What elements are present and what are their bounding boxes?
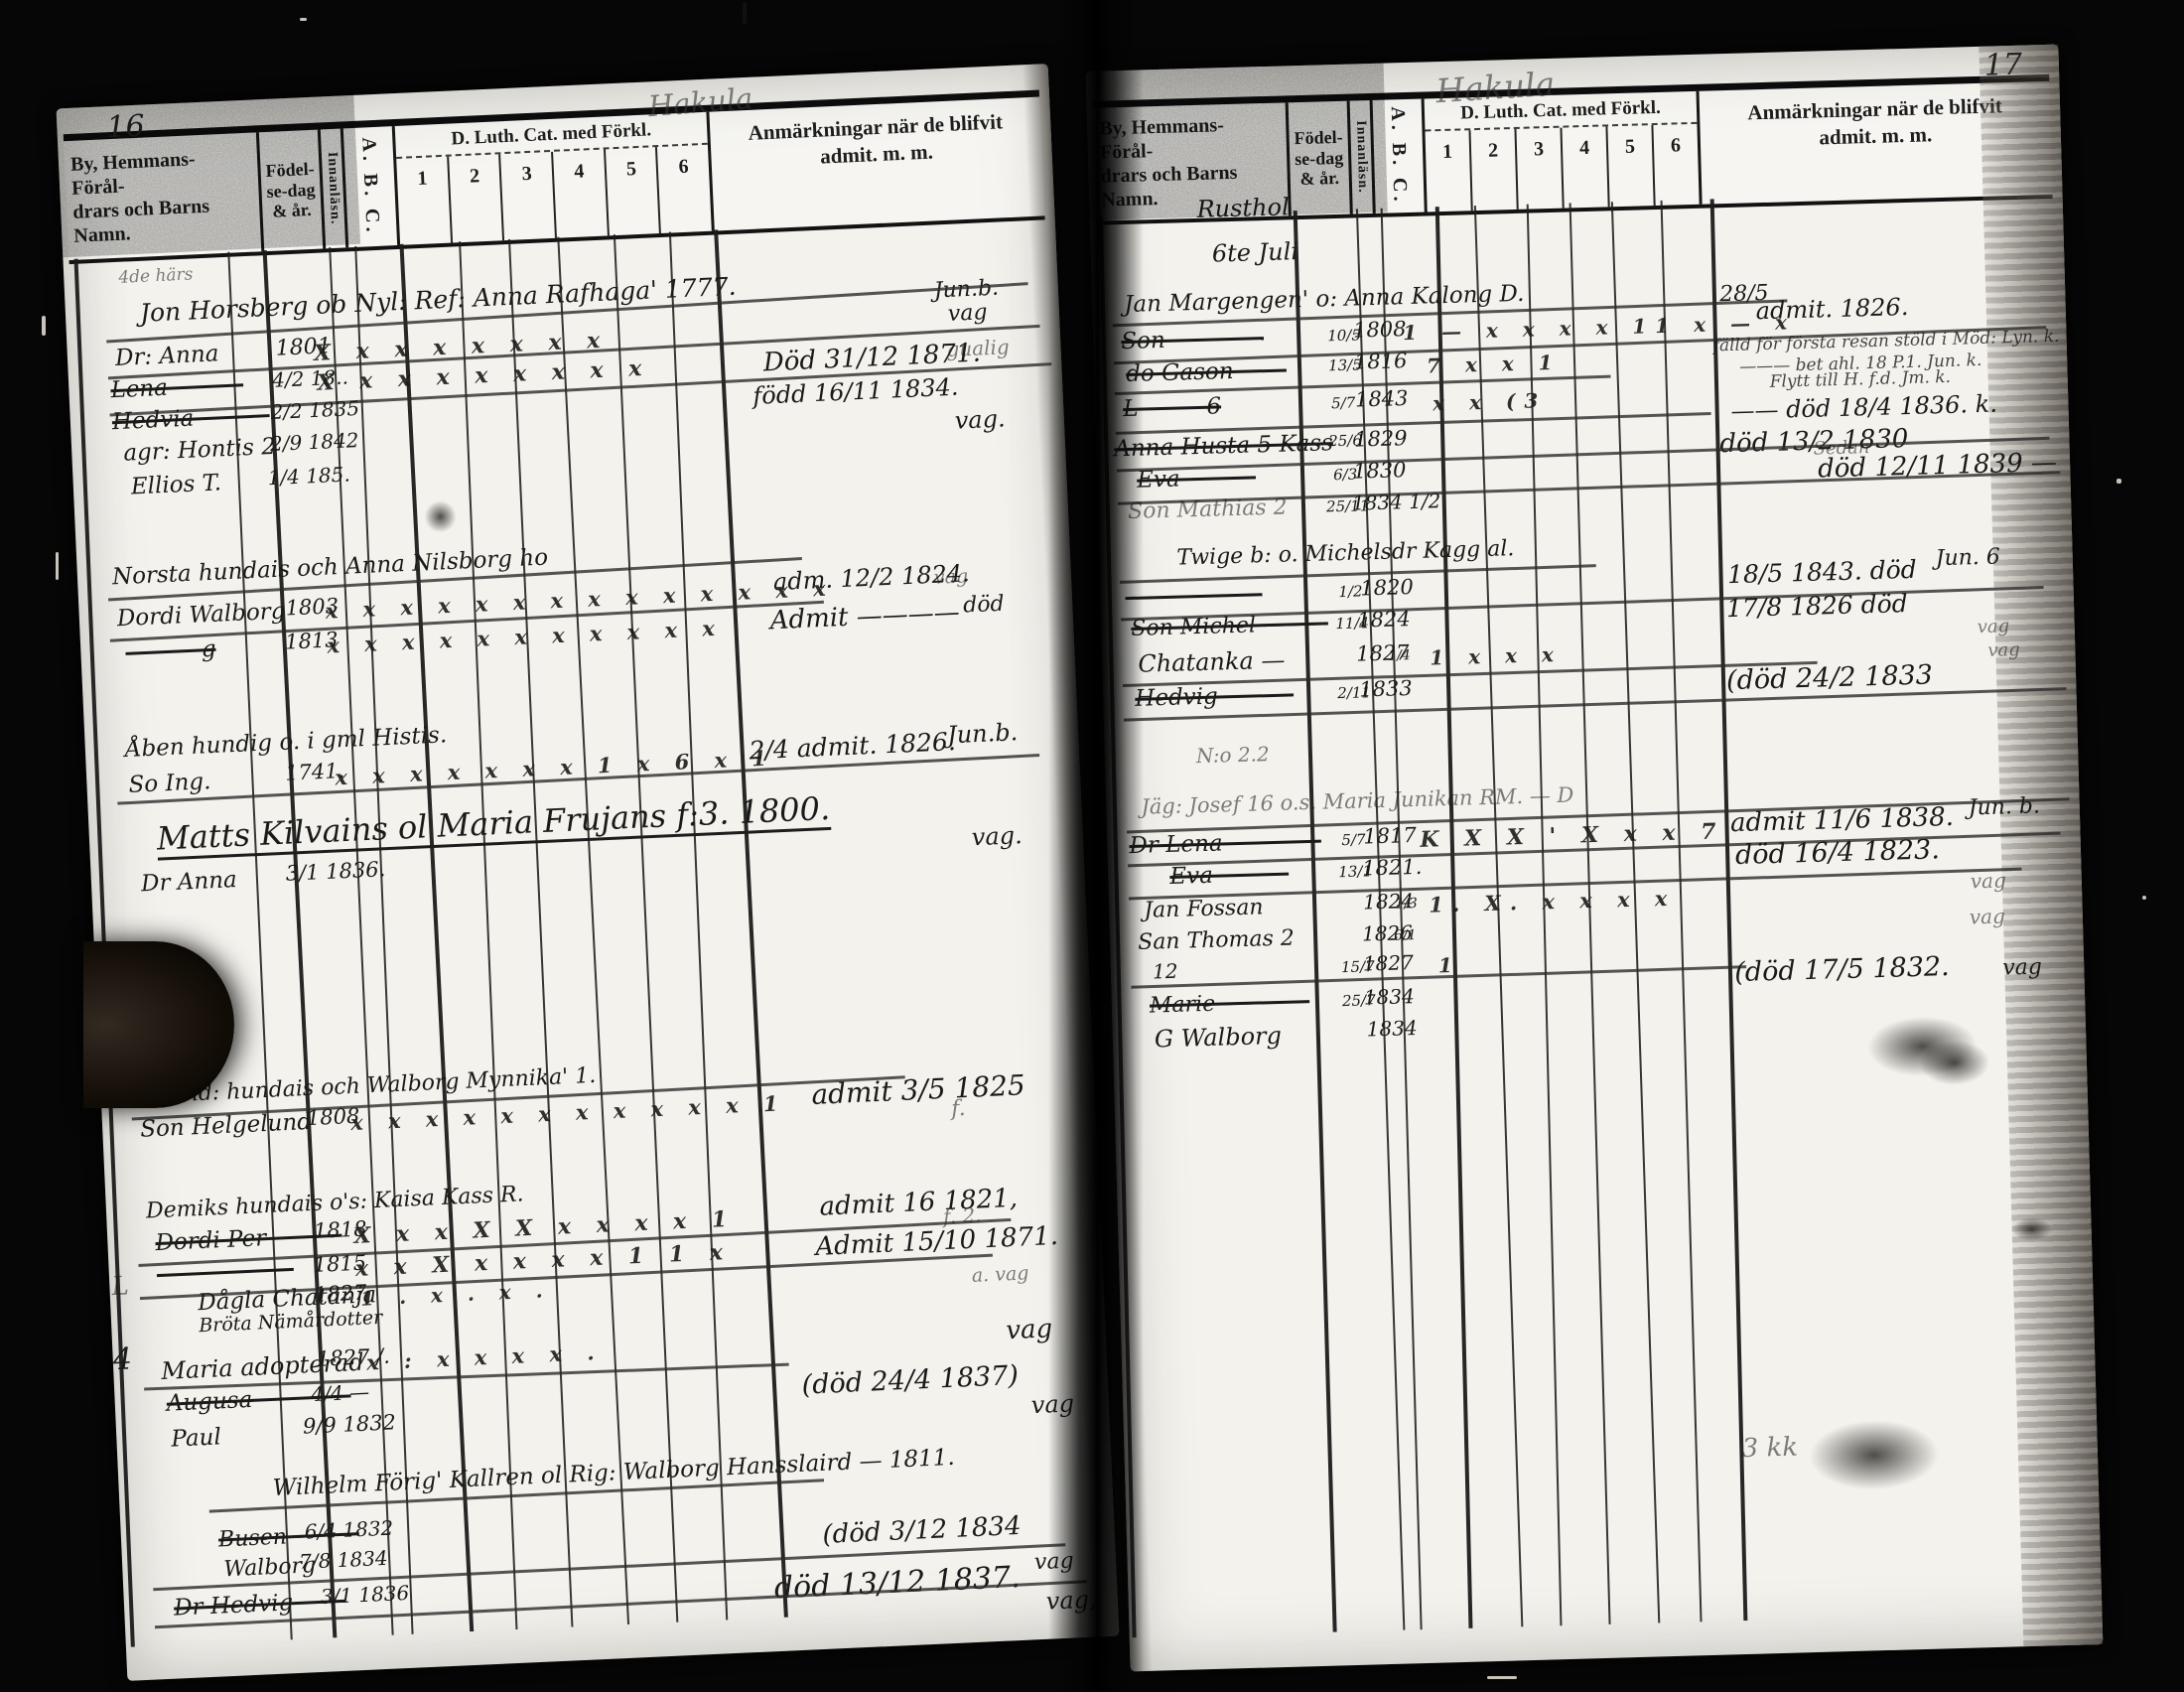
handwritten-entry: 1817: [1363, 825, 1417, 847]
handwritten-entry: 18/5 1843. död: [1727, 557, 1917, 587]
handwritten-entry: Matts Kilvains ol Maria Frujans f:3. 180…: [156, 792, 831, 861]
handwritten-entry: 1: [1438, 955, 1461, 976]
handwritten-entry: 1834: [1364, 986, 1415, 1007]
handwritten-entry: Son Mathias 2: [1128, 497, 1288, 523]
left-page-entries: 4de härsJon Horsberg ob Nyl: Ref: Anna R…: [57, 64, 1120, 1681]
handwritten-entry: 12: [1153, 961, 1178, 982]
handwritten-entry: admit 11/6 1838.: [1730, 804, 1955, 836]
handwritten-entry: 1829: [1354, 428, 1408, 450]
handwritten-entry: 1/4: [1388, 648, 1411, 663]
handwritten-entry: 3/1 1836.: [285, 859, 385, 885]
handwritten-entry: 3 kk: [1741, 1435, 1798, 1463]
handwritten-entry: född 16/11 1834.: [752, 375, 959, 408]
left-page: 16 Hakula By, Hemmans- Förål- drars och …: [57, 64, 1120, 1681]
handwritten-entry: 1834 1/2: [1352, 491, 1441, 512]
handwritten-entry: 1820: [1360, 577, 1414, 599]
scanned-book-photo: 16 Hakula By, Hemmans- Förål- drars och …: [0, 0, 2184, 1692]
handwritten-entry: 1808: [1353, 319, 1407, 341]
handwritten-entry: 1/2: [1338, 584, 1363, 600]
handwritten-entry: 1. X. x x x x: [1429, 888, 1677, 916]
handwritten-entry: Son Helgelund: [140, 1111, 313, 1142]
handwritten-entry: Jon Horsberg ob Nyl: Ref: Anna Rafhaga' …: [139, 274, 737, 326]
photo-artifact: [2116, 479, 2121, 484]
handwritten-entry: (död 17/5 1832.: [1734, 953, 1950, 986]
handwritten-entry: Lena ———: [110, 373, 244, 402]
handwritten-entry: vag: [1006, 1316, 1053, 1343]
handwritten-entry: 5/7: [1331, 396, 1356, 412]
handwritten-entry: 2/2 1835: [270, 398, 359, 422]
handwritten-entry: Jäg: Josef 16 o.s. Maria Junikan RM. — D: [1141, 785, 1574, 818]
handwritten-entry: 1830: [1353, 460, 1407, 482]
handwritten-entry: gualig: [946, 337, 1010, 359]
handwritten-entry: 1/3: [1395, 897, 1418, 912]
handwritten-entry: Son Michel ———: [1131, 613, 1328, 640]
photo-artifact: [743, 2, 747, 24]
photo-artifact: [300, 18, 307, 21]
handwritten-entry: Dr Lena ————: [1129, 830, 1321, 858]
handwritten-entry: So Ing.: [128, 771, 211, 797]
handwritten-entry: (död 3/12 1834: [822, 1513, 1022, 1548]
handwritten-entry: 6te Juli: [1212, 239, 1299, 265]
handwritten-entry: vag: [1970, 906, 2006, 926]
handwritten-entry: 1 x x x: [1430, 644, 1563, 668]
handwritten-entry: ——— g: [125, 638, 216, 665]
handwritten-entry: 1843: [1355, 388, 1409, 410]
handwritten-entry: Twige b: o. Michelsdr Kagg al.: [1176, 538, 1515, 569]
handwritten-entry: vag: [1971, 870, 2007, 891]
book-spine-gutter: [1048, 0, 1144, 1692]
handwritten-entry: 9/9 1832: [303, 1412, 397, 1437]
handwritten-entry: 1834: [1366, 1018, 1417, 1039]
handwritten-entry: x x x x x x x x x x x: [327, 618, 724, 656]
handwritten-entry: död: [963, 594, 1005, 618]
handwritten-entry: vag: [1977, 618, 2009, 636]
handwritten-entry: vag: [1987, 641, 2020, 660]
handwritten-entry: Jun.b.: [947, 720, 1019, 747]
handwritten-entry: Hedvig ———: [1135, 683, 1294, 710]
handwritten-entry: död 16/4 1823.: [1735, 836, 1941, 869]
handwritten-entry: 7 x x 1: [1427, 352, 1562, 376]
handwritten-entry: N:o 2.2: [1196, 744, 1270, 766]
handwritten-entry: Dr: Anna: [115, 343, 219, 370]
handwritten-entry: död 13/12 1837.: [773, 1563, 1021, 1604]
handwritten-entry: 3/1 1836: [320, 1583, 409, 1607]
handwritten-entry: 6/4 1832: [304, 1518, 393, 1542]
handwritten-entry: L: [111, 1273, 129, 1300]
handwritten-entry: G Walborg: [1155, 1024, 1283, 1052]
handwritten-entry: Dordi Walborg: [116, 601, 286, 632]
handwritten-entry: admit. 1826.: [1755, 295, 1908, 323]
handwritten-entry: 1827: [1363, 952, 1414, 973]
handwritten-entry: And: hundais och Walborg Mynnika' 1.: [168, 1065, 596, 1107]
handwritten-entry: admit 3/5 1825: [811, 1071, 1026, 1109]
handwritten-entry: agr: Hontis 2: [123, 436, 276, 466]
handwritten-entry: vag.: [971, 823, 1023, 849]
handwritten-entry: 1/4 185.: [267, 464, 350, 488]
handwritten-entry: do Gason ——: [1126, 358, 1287, 386]
handwritten-entry: 5/7: [1341, 832, 1366, 848]
handwritten-entry: ——————: [1125, 583, 1263, 610]
handwritten-entry: vag: [933, 567, 968, 588]
handwritten-entry: Eva ———: [1169, 863, 1289, 889]
handwritten-entry: 4/4 —: [311, 1382, 369, 1405]
handwritten-entry: admit 16 1821,: [819, 1186, 1019, 1220]
handwritten-entry: 1821.: [1362, 857, 1423, 880]
handwritten-entry: 1824: [1357, 609, 1411, 631]
handwritten-entry: vag: [2002, 956, 2042, 979]
photo-artifact: [56, 552, 59, 580]
thumb: [83, 941, 234, 1108]
photo-artifact: [1487, 1676, 1517, 1679]
handwritten-entry: x x (3: [1433, 390, 1548, 413]
handwritten-entry: Åben hundig o. i gml Histis.: [124, 724, 447, 762]
handwritten-entry: 4de härs: [118, 266, 194, 286]
handwritten-entry: vag.: [954, 406, 1006, 432]
handwritten-entry: f.: [951, 1098, 966, 1121]
handwritten-entry: 2/4 admit. 1826.: [749, 729, 956, 763]
handwritten-entry: 7/8 1834: [299, 1548, 388, 1572]
handwritten-entry: Jan Fossan: [1144, 897, 1264, 921]
handwritten-entry: Marie ————: [1150, 991, 1310, 1017]
right-page-entries: Rusthol6te JuliJan Margengen' o: Anna Ka…: [1086, 45, 2104, 1672]
handwritten-entry: a. vag: [971, 1264, 1028, 1286]
handwritten-entry: Ellios T.: [130, 472, 221, 498]
photo-artifact: [2142, 896, 2146, 900]
handwritten-entry: (död 24/4 1837): [801, 1362, 1019, 1399]
handwritten-entry: Rusthol: [1196, 195, 1290, 221]
handwritten-entry: Jun. 6: [1935, 546, 2000, 570]
handwritten-entry: Chatanka —: [1138, 648, 1286, 676]
handwritten-entry: x x x x x x x x x x x 1: [350, 1092, 787, 1133]
handwritten-entry: Paul: [171, 1426, 221, 1451]
handwritten-entry: Eva ———: [1137, 466, 1256, 492]
handwritten-entry: Jun. b.: [1968, 795, 2040, 819]
handwritten-entry: ——————: [156, 1258, 294, 1287]
handwritten-entry: 1816: [1354, 351, 1408, 372]
handwritten-entry: vag: [947, 302, 988, 326]
handwritten-entry: x x X x x x x 1 1 x: [354, 1241, 732, 1280]
handwritten-entry: 1833: [1359, 678, 1413, 700]
handwritten-entry: Bröta Nämårdotter: [199, 1309, 383, 1336]
handwritten-entry: (död 24/2 1833: [1726, 661, 1934, 694]
right-page: 17 Hakula By, Hemmans- Förål- drars och …: [1086, 45, 2104, 1672]
handwritten-entry: San Thomas 2: [1138, 927, 1295, 953]
handwritten-entry: Flytt till H. f.d. Jm. k.: [1769, 369, 1951, 391]
handwritten-entry: Admit ————: [769, 600, 960, 634]
handwritten-entry: x : x x x x .: [366, 1341, 604, 1373]
handwritten-entry: Hedvia ———: [111, 404, 270, 434]
handwritten-entry: 6/1: [1394, 928, 1417, 943]
handwritten-entry: Dr Anna: [141, 869, 238, 896]
handwritten-entry: Anna Husta 5 Kass: [1114, 432, 1333, 461]
handwritten-entry: Norsta hundais och Anna Nilsborg ho: [112, 547, 549, 590]
handwritten-entry: Demiks hundais o's: Kaisa Kass R.: [146, 1184, 524, 1222]
photo-artifact: [42, 316, 46, 336]
handwritten-entry: 4: [112, 1344, 132, 1375]
handwritten-entry: 17/8 1826 död: [1726, 591, 1908, 621]
handwritten-entry: —— död 18/4 1836. k.: [1730, 391, 1997, 422]
handwritten-entry: 2/9 1842: [270, 430, 359, 454]
